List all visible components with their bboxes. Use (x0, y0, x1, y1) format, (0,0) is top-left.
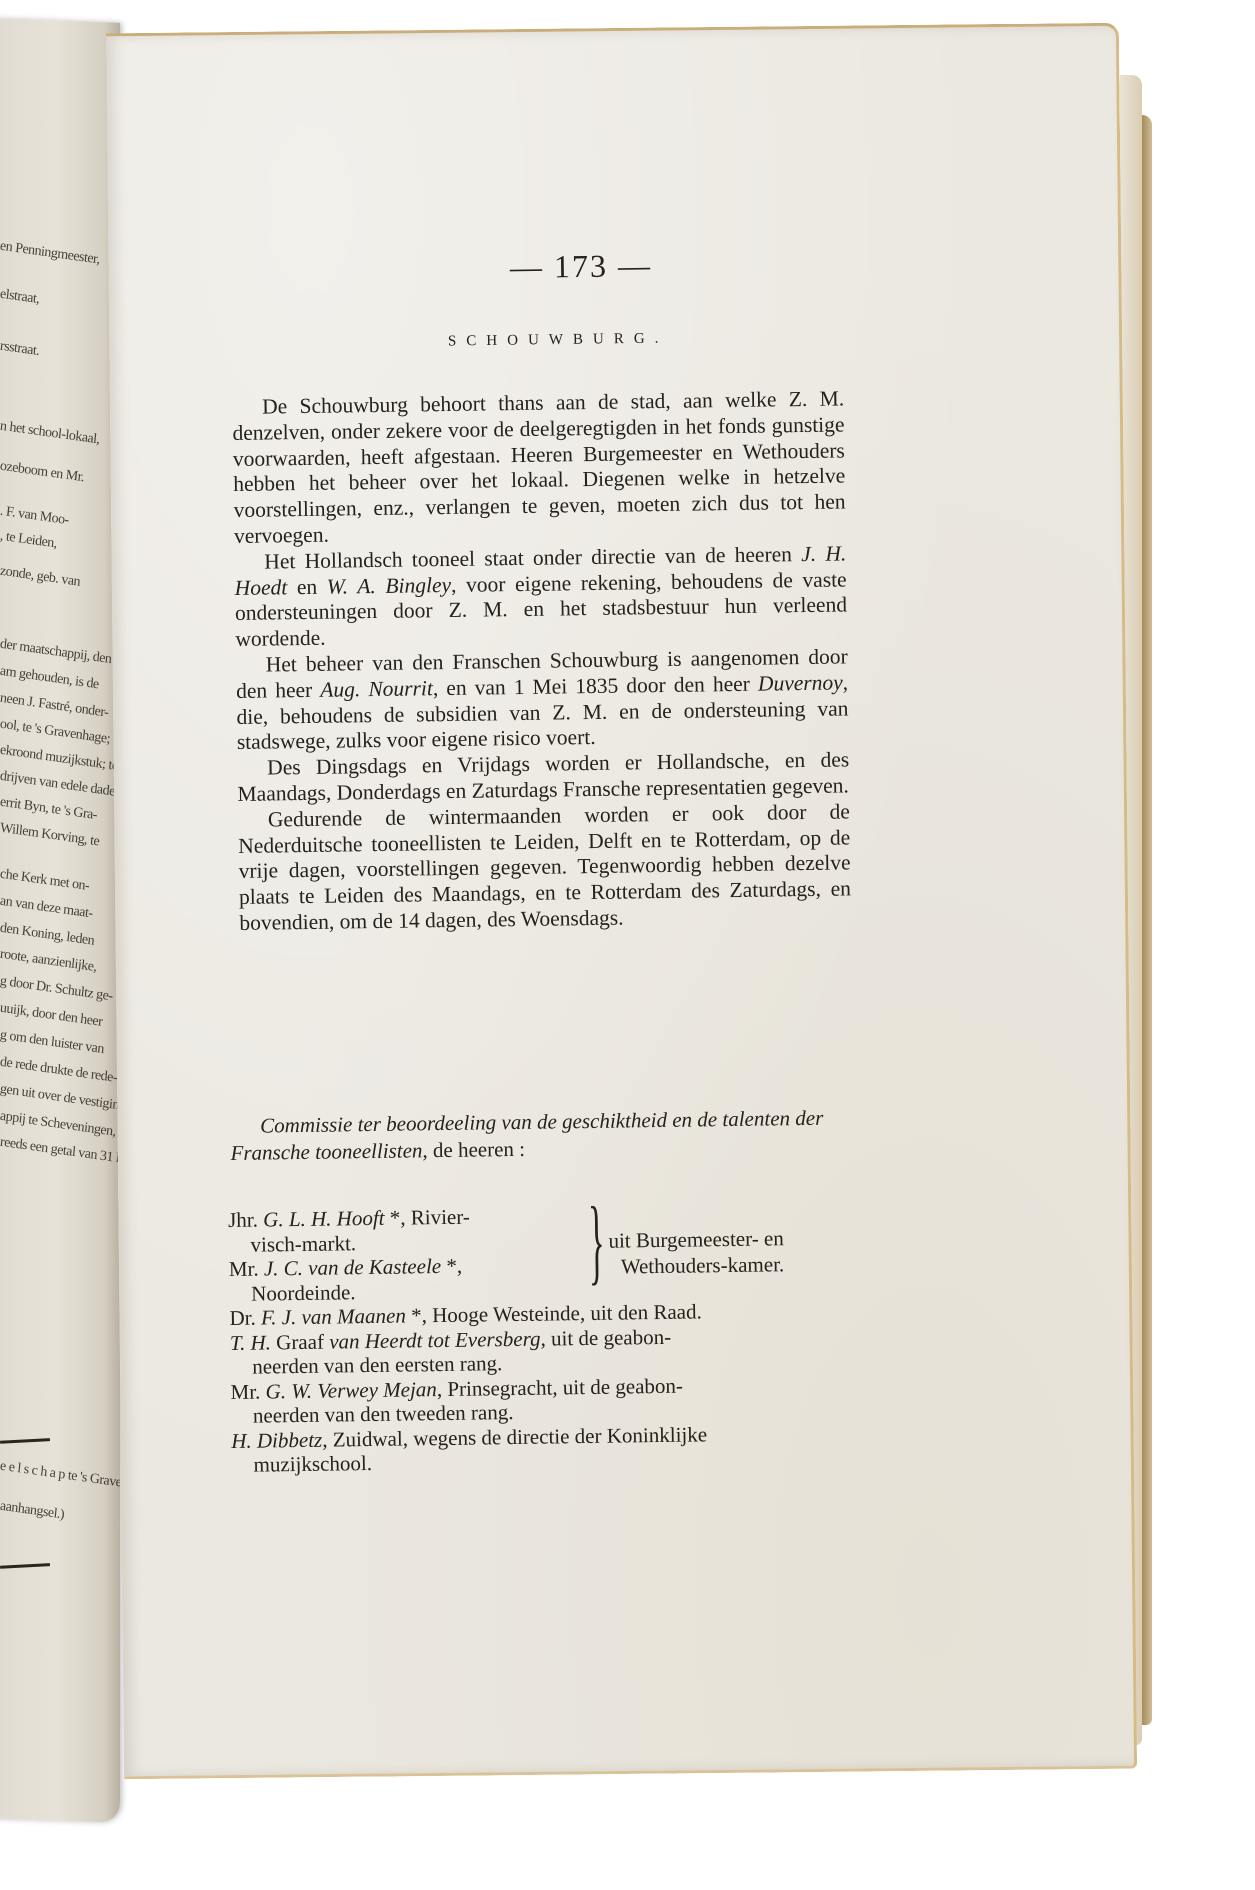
commission-heading-tail: , de heeren : (422, 1137, 525, 1162)
member-name: G. L. H. Hooft (263, 1206, 385, 1232)
italic-name: Duvernoy (758, 670, 843, 695)
left-page-text-fragment: ool, te 's Gravenhage; (0, 717, 111, 748)
brace-note-line: uit Burgemeester- en (608, 1224, 858, 1253)
left-page-text-fragment: che Kerk met on- (0, 867, 90, 895)
member-title: Dr. (229, 1306, 261, 1330)
brace-group: Jhr. G. L. H. Hooft *, Rivier- visch-mar… (228, 1199, 859, 1306)
italic-name: Aug. Nourrit (320, 676, 433, 702)
page-number: — 173 — (510, 247, 653, 286)
member-entry: T. H. Graaf van Heerdt tot Eversberg, ui… (230, 1322, 861, 1380)
member-address: *, (441, 1254, 462, 1278)
paragraph-text: De Schouwburg behoort thans aan de stad,… (232, 386, 845, 548)
left-page-text-fragment: der maatschappij, den (0, 637, 112, 668)
left-page-text-fragment: errit Byn, te 's Gra- (0, 795, 98, 824)
member-name: J. C. van de Kasteele (264, 1254, 442, 1280)
paragraph-text: Des Dingsdags en Vrijdags worden er Holl… (237, 748, 849, 806)
paragraph: Des Dingsdags en Vrijdags worden er Holl… (237, 748, 850, 808)
paragraph-text: en (287, 574, 327, 599)
paragraph: Het Hollandsch tooneel staat onder direc… (234, 541, 847, 653)
horizontal-rule (0, 1563, 50, 1569)
horizontal-rule (0, 1438, 50, 1444)
brace-note: uit Burgemeester- en Wethouders-kamer. (608, 1224, 859, 1279)
paragraph: Het beheer van den Franschen Schouwburg … (236, 644, 849, 756)
left-page-text-fragment: e e l s c h a p te 's Gravenhage. (0, 1459, 120, 1497)
member-name: F. J. van Maanen (261, 1304, 406, 1330)
paragraph: Gedurende de wintermaanden worden er ook… (238, 799, 852, 937)
section-title: SCHOUWBURG. (448, 330, 669, 350)
member-entry: Mr. J. C. van de Kasteele *, Noordeinde. (229, 1252, 590, 1306)
italic-name: W. A. Bingley (327, 573, 452, 599)
left-page-text-fragment: ozeboom en Mr. (0, 459, 85, 487)
paragraph-text: , en van 1 Mei 1835 door den heer (433, 671, 758, 700)
left-page-text-fragment: uuijk, door den heer (0, 1001, 103, 1031)
member-entry: H. Dibbetz, Zuidwal, wegens de directie … (231, 1420, 862, 1478)
left-page-text-fragment: g door Dr. Schultz ge- (0, 974, 113, 1006)
left-page-text-fragment: neen J. Fastré, onder- (0, 691, 109, 722)
left-page-text-fragment: reeds een getal van 31 leden (0, 1135, 120, 1171)
left-page-text-fragment: rsstraat. (0, 339, 40, 360)
left-page-text-fragment: g om den luister van (0, 1028, 105, 1058)
member-address: , Zuidwal, wegens de directie der Konink… (322, 1422, 707, 1451)
member-title: Jhr. (228, 1208, 263, 1232)
left-page-text-fragment: am gehouden, is de (0, 664, 99, 694)
member-name: G. W. Verwey Mejan (265, 1377, 437, 1403)
member-title: Mr. (229, 1257, 264, 1281)
left-page-text-fragment: den Koning, leden (0, 921, 95, 950)
paragraph: De Schouwburg behoort thans aan de stad,… (232, 386, 846, 549)
member-name: van Heerdt tot Eversberg (329, 1326, 541, 1353)
commission-heading-italic: Commissie ter beoordeeling van de geschi… (230, 1106, 823, 1165)
left-page-text-fragment: roote, aanzienlijke, (0, 947, 97, 976)
left-page-text-fragment: , te Leiden, (0, 529, 58, 553)
member-name: T. H. (230, 1330, 271, 1355)
commission-heading: Commissie ter beoordeeling van de geschi… (230, 1104, 851, 1167)
member-address: *, Rivier- (384, 1205, 470, 1230)
body-text: De Schouwburg behoort thans aan de stad,… (232, 386, 852, 936)
member-name: H. Dibbetz (231, 1427, 322, 1452)
curly-brace-icon: { (588, 1203, 605, 1299)
member-address: *, Hooge Westeinde, uit den Raad. (406, 1299, 702, 1327)
left-page-text-fragment: an van deze maat- (0, 894, 93, 923)
commission-members: Jhr. G. L. H. Hooft *, Rivier- visch-mar… (228, 1199, 862, 1477)
member-entry: Jhr. G. L. H. Hooft *, Rivier- visch-mar… (228, 1203, 589, 1257)
left-facing-page: en Penningmeester,elstraat,rsstraat.n he… (0, 17, 120, 1823)
member-title: Mr. (230, 1379, 265, 1403)
paragraph-text: Gedurende de wintermaanden worden er ook… (238, 799, 851, 935)
left-page-text-fragment: Willem Korving, te (0, 821, 100, 851)
member-address: , Prinsegracht, uit de geabon- (437, 1373, 683, 1400)
member-title: Graaf (271, 1329, 330, 1354)
member-address: , uit de geabon- (540, 1324, 671, 1350)
left-page-text-fragment: . F. van Moo- (0, 504, 69, 529)
left-page-text-fragment: gen uit over de vestiging (0, 1082, 120, 1115)
member-entry: Mr. G. W. Verwey Mejan, Prinsegracht, ui… (230, 1371, 861, 1429)
left-page-text-fragment: aanhangsel.) (0, 1499, 65, 1524)
brace-note-line: Wethouders-kamer. (609, 1250, 859, 1279)
left-page-text-fragment: zonde, geb. van (0, 564, 81, 591)
left-page-text-fragment: en Penningmeester, (0, 239, 100, 269)
left-page-text-fragment: elstraat, (0, 287, 40, 308)
left-page-text-fragment: n het school-lokaal, (0, 419, 100, 449)
left-page-text-fragment: de rede drukte de rede- (0, 1055, 118, 1087)
brace-members: Jhr. G. L. H. Hooft *, Rivier- visch-mar… (228, 1203, 589, 1306)
